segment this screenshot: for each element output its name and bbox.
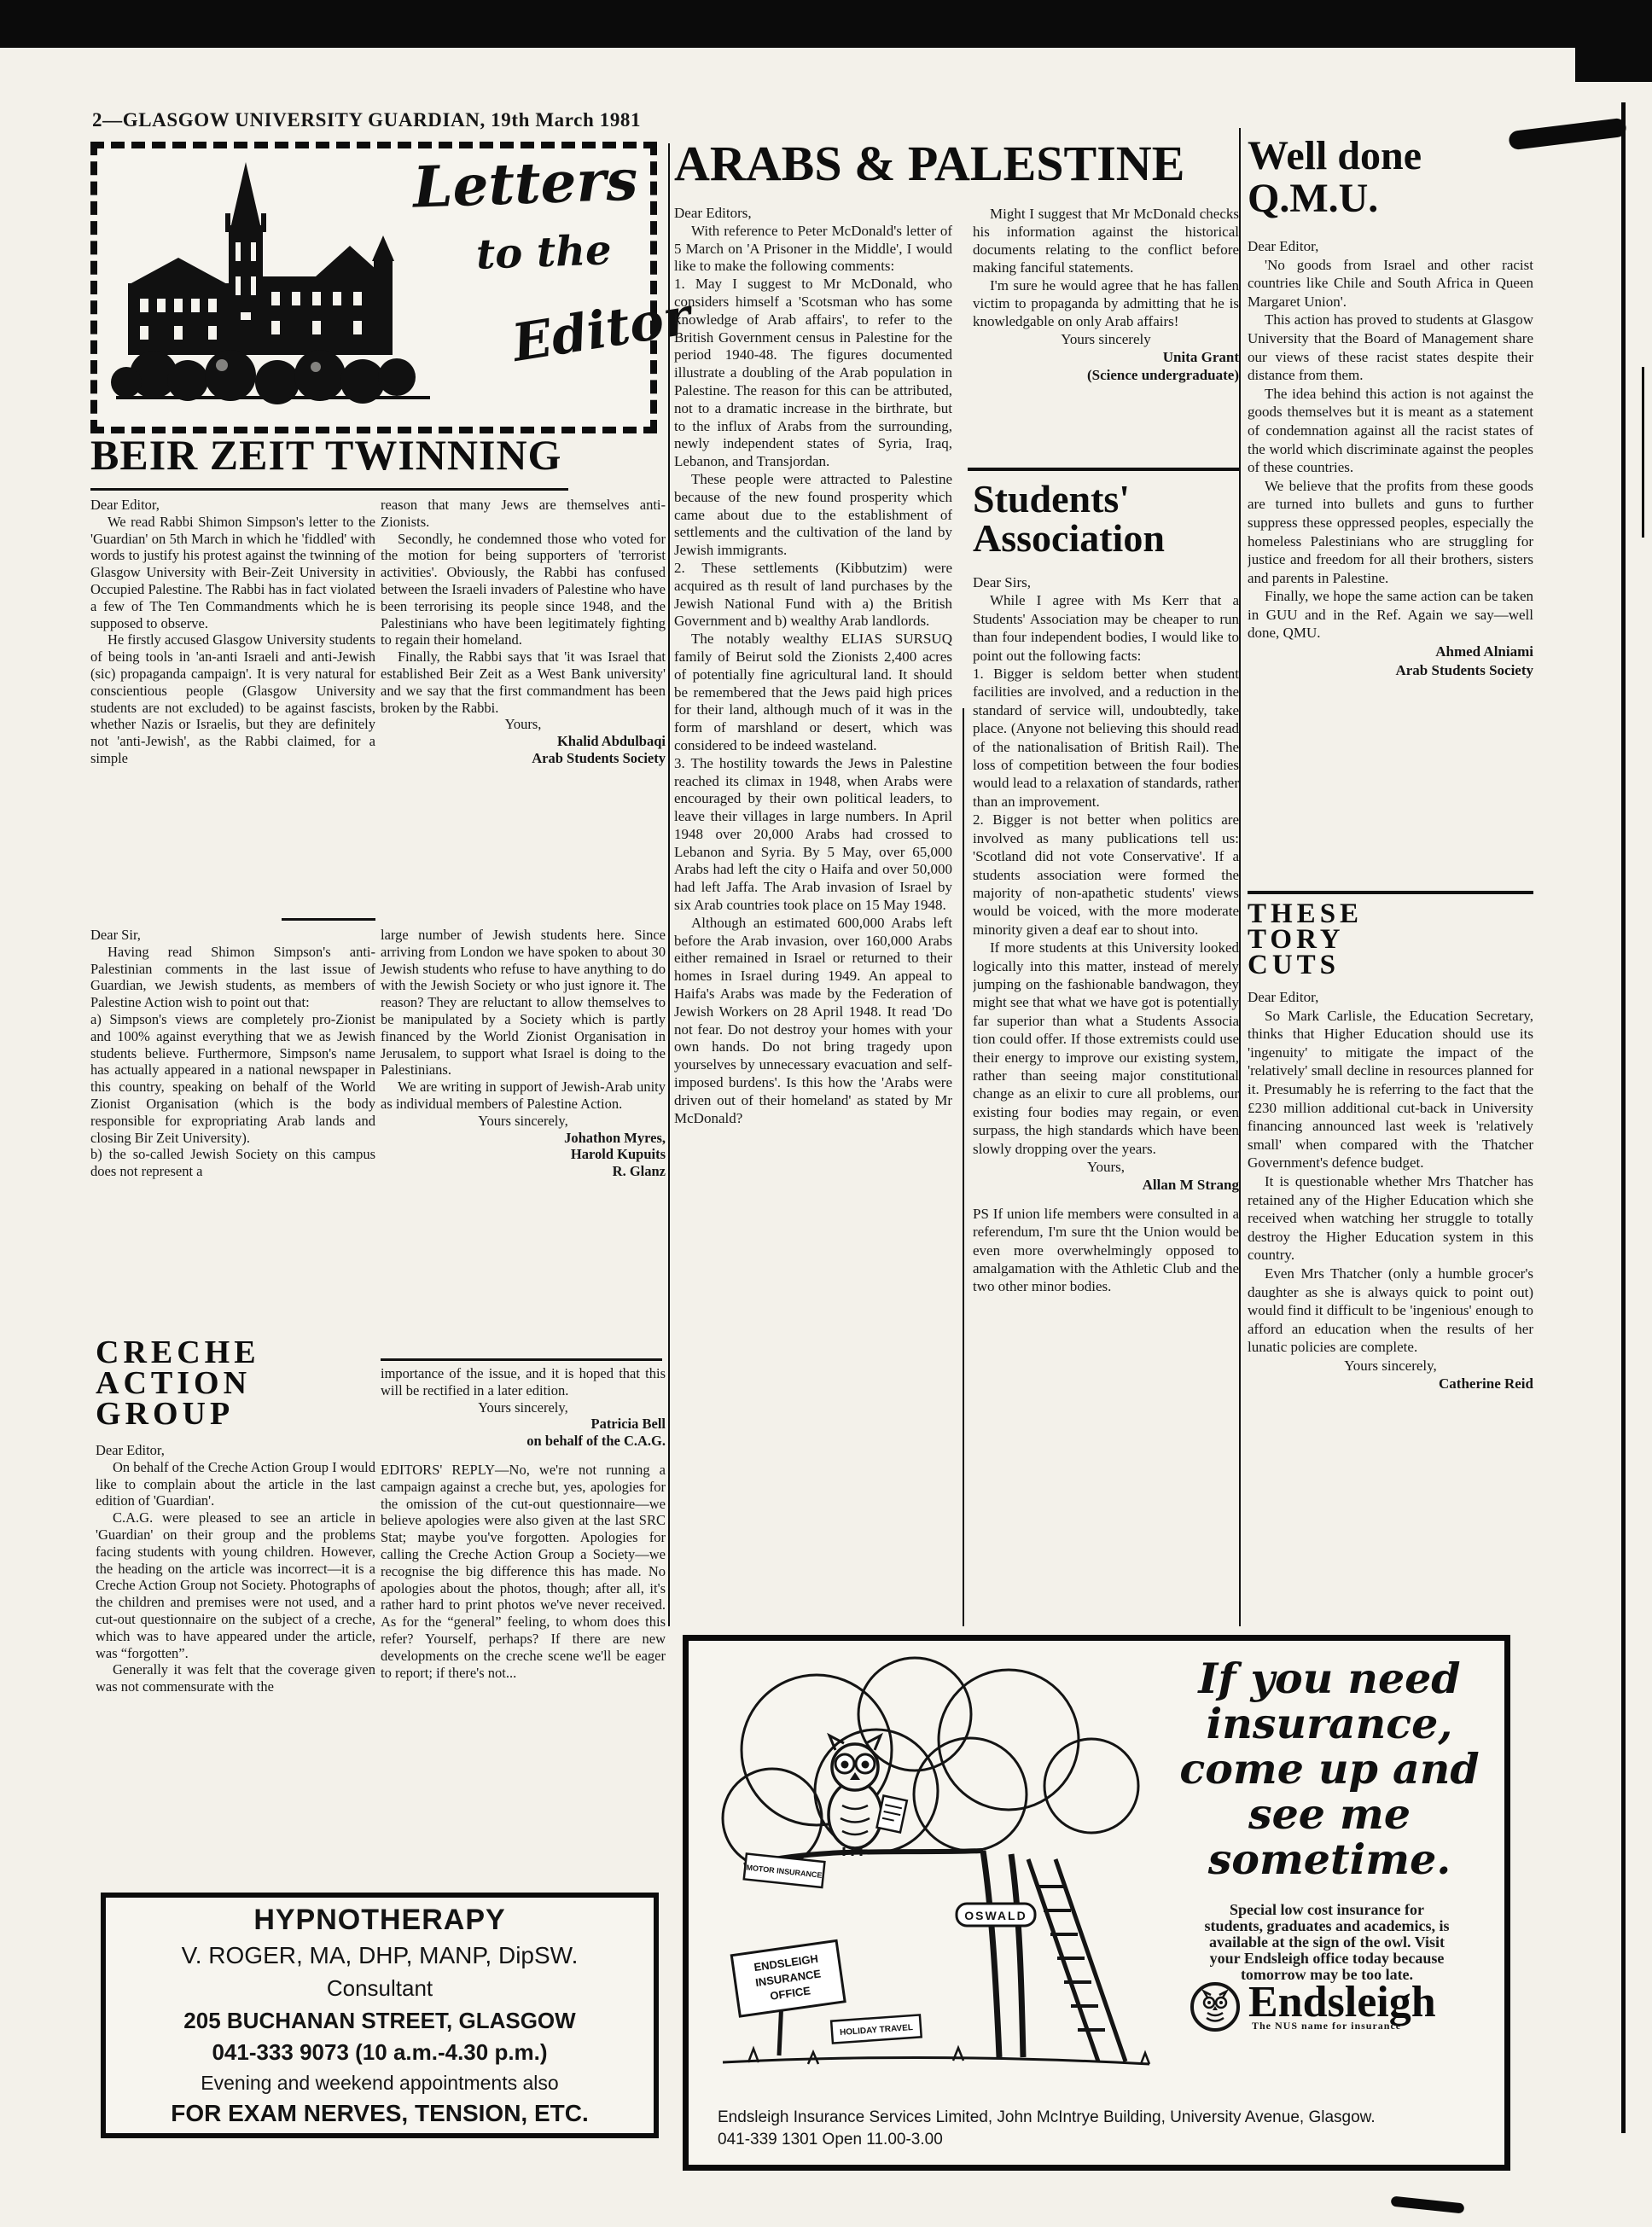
paragraph: While I agree with Ms Kerr that a Studen… — [973, 591, 1239, 665]
paragraph: Dear Editor, — [1248, 988, 1533, 1007]
jewish-letter-column-1: Dear Sir, Having read Shimon Simpson's a… — [90, 927, 375, 1334]
paragraph: 1. May I suggest to Mr McDonald, who con… — [674, 276, 952, 471]
paragraph: We believe that the profits from these g… — [1248, 477, 1533, 588]
owl-name-sign: OSWALD — [964, 1909, 1027, 1922]
ad-script-line-5: sometime. — [1163, 1837, 1496, 1882]
qmu-headline-2: Q.M.U. — [1248, 177, 1378, 220]
beir-zeit-column-2: reason that many Jews are themselves ant… — [381, 497, 666, 922]
paragraph: reason that many Jews are themselves ant… — [381, 497, 666, 531]
paragraph: importance of the issue, and it is hoped… — [381, 1365, 666, 1399]
ad-smallprint-line-4: your Endsleigh office today because — [1156, 1951, 1498, 1967]
signature-org: on behalf of the C.A.G. — [381, 1433, 666, 1450]
paragraph: a) Simpson's views are completely pro-Zi… — [90, 1011, 375, 1146]
tory-headline-1: THESE — [1248, 901, 1363, 927]
paragraph: Finally, the Rabbi says that 'it was Isr… — [381, 648, 666, 716]
ad-caption-line-1: Endsleigh Insurance Services Limited, Jo… — [718, 2108, 1376, 2127]
scan-edge-line-2 — [1642, 367, 1644, 538]
arabs-column-2: Might I suggest that Mr McDonald checks … — [973, 205, 1239, 466]
paragraph: Dear Sir, — [90, 927, 375, 944]
paragraph: So Mark Carlisle, the Education Secretar… — [1248, 1007, 1533, 1172]
tory-column: Dear Editor, So Mark Carlisle, the Educa… — [1248, 988, 1533, 1619]
jewish-letter-column-2: large number of Jewish students here. Si… — [381, 927, 666, 1353]
paragraph: large number of Jewish students here. Si… — [381, 927, 666, 1079]
paragraph: It is questionable whether Mrs Thatcher … — [1248, 1172, 1533, 1265]
tory-headline-3: CUTS — [1248, 952, 1340, 978]
paragraph: This action has proved to students at Gl… — [1248, 311, 1533, 384]
arabs-headline: ARABS & PALESTINE — [674, 135, 1184, 192]
paragraph: b) the so-called Jewish Society on this … — [90, 1146, 375, 1180]
ad-consultant-role: Consultant — [327, 1975, 433, 2002]
beir-headline-rule — [90, 488, 568, 491]
paragraph: 2. Bigger is not better when politics ar… — [973, 811, 1239, 939]
signature-name: Allan M Strang — [973, 1176, 1239, 1194]
signature-yours: Yours sincerely, — [381, 1399, 666, 1416]
students-assoc-headline-1: Students' — [973, 480, 1130, 519]
paragraph: Dear Editor, — [1248, 237, 1533, 256]
paragraph: Having read Shimon Simpson's anti-Palest… — [90, 944, 375, 1011]
paragraph: Dear Editors, — [674, 205, 952, 223]
vertical-column-rule — [1239, 128, 1241, 1626]
ad-tagline: FOR EXAM NERVES, TENSION, ETC. — [171, 2100, 589, 2127]
arabs-column-1: Dear Editors, With reference to Peter Mc… — [674, 205, 952, 1628]
letters-to-editor-box: Letters to the Editor — [90, 142, 657, 433]
vertical-column-rule — [963, 708, 964, 1626]
paragraph: Dear Editor, — [96, 1442, 375, 1459]
ad-smallprint-line-3: available at the sign of the owl. Visit — [1156, 1934, 1498, 1951]
scan-bottom-squiggle — [1391, 2196, 1465, 2214]
letters-script-line-1: Letters — [412, 146, 639, 220]
paragraph: Dear Editor, — [90, 497, 375, 514]
creche-headline-line-1: CRECHE — [96, 1338, 260, 1367]
signature-org: Arab Students Society — [381, 750, 666, 767]
paragraph: He firstly accused Glasgow University st… — [90, 631, 375, 766]
paragraph: Even Mrs Thatcher (only a humble grocer'… — [1248, 1265, 1533, 1357]
section-rule — [381, 1358, 662, 1361]
section-rule — [282, 918, 375, 921]
scan-top-bar — [0, 0, 1652, 48]
qmu-headline-1: Well done — [1248, 135, 1422, 177]
paragraph: The idea behind this action is not again… — [1248, 385, 1533, 477]
tory-top-rule — [1248, 891, 1533, 894]
ad-script-line-1: If you need — [1163, 1656, 1496, 1701]
hypnotherapy-ad: HYPNOTHERAPY V. ROGER, MA, DHP, MANP, Di… — [101, 1893, 659, 2138]
signature-yours: Yours, — [381, 716, 666, 733]
creche-headline-line-2: ACTION — [96, 1369, 251, 1398]
signature-name: Unita Grant — [973, 348, 1239, 366]
signature-name: Khalid Abdulbaqi — [381, 733, 666, 750]
paragraph: 1. Bigger is seldom better when student … — [973, 665, 1239, 811]
creche-column-1: Dear Editor, On behalf of the Creche Act… — [96, 1442, 375, 1879]
signature-org: Arab Students Society — [1248, 661, 1533, 680]
students-assoc-headline-2: Association — [973, 519, 1165, 558]
paragraph: If more students at this University look… — [973, 939, 1239, 1158]
signature-yours: Yours, — [973, 1158, 1239, 1176]
masthead: 2—GLASGOW UNIVERSITY GUARDIAN, 19th Marc… — [92, 109, 641, 131]
signature-name: R. Glanz — [381, 1163, 666, 1180]
endsleigh-wordmark: Endsleigh — [1248, 1980, 1436, 2025]
scan-corner-mark — [1575, 0, 1652, 82]
ad-caption-line-2: 041-339 1301 Open 11.00-3.00 — [718, 2131, 943, 2149]
ad-script-line-4: see me — [1163, 1792, 1496, 1837]
paragraph: On behalf of the Creche Action Group I w… — [96, 1459, 375, 1509]
owl-tree-cartoon: OSWALD ENDSLEIGH INSURANCE OFFICE MOTOR … — [697, 1648, 1162, 2108]
paragraph: I'm sure he would agree that he has fall… — [973, 276, 1239, 330]
tory-headline-2: TORY — [1248, 927, 1345, 952]
signature-yours: Yours sincerely, — [381, 1113, 666, 1130]
vertical-column-rule — [668, 143, 670, 1626]
endsleigh-ad: OSWALD ENDSLEIGH INSURANCE OFFICE MOTOR … — [683, 1635, 1510, 2171]
paragraph: With reference to Peter McDonald's lette… — [674, 223, 952, 276]
paragraph: Dear Sirs, — [973, 573, 1239, 591]
ad-smallprint-line-2: students, graduates and academics, is — [1156, 1918, 1498, 1934]
endsleigh-owl-logo-icon — [1189, 1980, 1242, 2033]
university-etching-illustration — [102, 157, 444, 413]
signature-name: Johathon Myres, — [381, 1130, 666, 1147]
letters-script-line-2: to the — [475, 226, 612, 278]
scan-hook-mark — [1508, 118, 1627, 151]
beir-zeit-column-1: Dear Editor, We read Rabbi Shimon Simpso… — [90, 497, 375, 922]
signature-name: Patricia Bell — [381, 1416, 666, 1433]
newspaper-page: 2—GLASGOW UNIVERSITY GUARDIAN, 19th Marc… — [0, 0, 1652, 2227]
scan-edge-line — [1621, 102, 1626, 2133]
ad-smallprint-line-1: Special low cost insurance for — [1156, 1902, 1498, 1918]
paragraph: Secondly, he condemned those who voted f… — [381, 531, 666, 649]
ad-script-line-2: insurance, — [1163, 1701, 1496, 1747]
beir-zeit-headline: BEIR ZEIT TWINNING — [90, 430, 561, 480]
qmu-column: Dear Editor, 'No goods from Israel and o… — [1248, 237, 1533, 886]
students-assoc-column: Dear Sirs, While I agree with Ms Kerr th… — [973, 573, 1239, 1623]
paragraph: 3. The hostility towards the Jews in Pal… — [674, 755, 952, 915]
ad-phone: 041-333 9073 (10 a.m.-4.30 p.m.) — [212, 2039, 547, 2066]
paragraph: We read Rabbi Shimon Simpson's letter to… — [90, 514, 375, 632]
creche-column-2: importance of the issue, and it is hoped… — [381, 1365, 666, 1843]
signature-name: Catherine Reid — [1248, 1375, 1533, 1393]
paragraph: Generally it was felt that the coverage … — [96, 1661, 375, 1695]
paragraph: Although an estimated 600,000 Arabs left… — [674, 915, 952, 1128]
ad-title: HYPNOTHERAPY — [253, 1904, 505, 1937]
postscript: PS If union life members were consulted … — [973, 1205, 1239, 1296]
ad-consultant-name: V. ROGER, MA, DHP, MANP, DipSW. — [182, 1942, 579, 1969]
ad-appointments: Evening and weekend appointments also — [201, 2072, 558, 2095]
paragraph: Finally, we hope the same action can be … — [1248, 587, 1533, 643]
paragraph: These people were attracted to Palestine… — [674, 471, 952, 560]
letters-script-line-3: Editor — [509, 287, 695, 374]
paragraph: The notably wealthy ELIAS SURSUQ family … — [674, 631, 952, 755]
ad-script-line-3: come up and — [1163, 1747, 1496, 1792]
paragraph: C.A.G. were pleased to see an article in… — [96, 1509, 375, 1661]
signature-name: Ahmed Alniami — [1248, 643, 1533, 661]
paragraph: We are writing in support of Jewish-Arab… — [381, 1079, 666, 1113]
paragraph: 2. These settlements (Kibbutzim) were ac… — [674, 560, 952, 631]
paragraph: 'No goods from Israel and other racist c… — [1248, 256, 1533, 311]
creche-headline-line-3: GROUP — [96, 1399, 234, 1428]
signature-role: (Science undergraduate) — [973, 366, 1239, 384]
signature-yours: Yours sincerely — [973, 330, 1239, 348]
students-assoc-top-rule — [968, 468, 1239, 471]
signature-name: Harold Kupuits — [381, 1146, 666, 1163]
paragraph: Might I suggest that Mr McDonald checks … — [973, 205, 1239, 276]
ad-address: 205 BUCHANAN STREET, GLASGOW — [183, 2008, 575, 2034]
editors-reply: EDITORS' REPLY—No, we're not running a c… — [381, 1462, 666, 1681]
signature-yours: Yours sincerely, — [1248, 1357, 1533, 1375]
